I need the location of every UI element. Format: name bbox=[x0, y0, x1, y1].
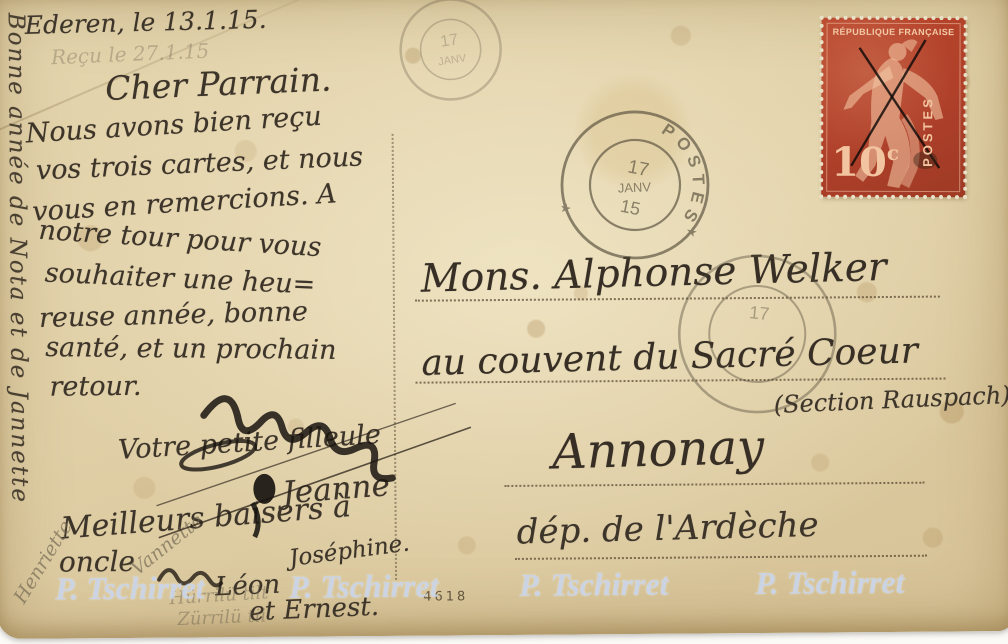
address-line-4: dép. de l'Ardèche bbox=[516, 508, 819, 550]
photographer-watermark: P. Tschirret bbox=[289, 568, 439, 606]
message-line: retour. bbox=[49, 373, 141, 401]
stamp-value: 10c bbox=[831, 143, 899, 183]
address-line-3: Annonay bbox=[551, 423, 764, 476]
edge-greeting: Bonne année de Nota et de Jannette bbox=[4, 13, 31, 504]
svg-text:17: 17 bbox=[439, 31, 459, 50]
address-rule-3 bbox=[504, 482, 924, 487]
svg-text:15: 15 bbox=[619, 196, 643, 220]
pencil-scribble: Zürrilü tii bbox=[177, 607, 267, 629]
svg-text:17: 17 bbox=[626, 156, 651, 181]
ink-scribble bbox=[155, 375, 486, 558]
photographer-watermark: P. Tschirret bbox=[755, 564, 905, 602]
message-line: notre tour pour vous bbox=[38, 217, 322, 261]
postcard-back: 4618 Ederen, le 13.1.15. Reçu le 27.1.15… bbox=[0, 0, 1008, 639]
postage-stamp: RÉPUBLIQUE FRANÇAISE 10c POSTES bbox=[821, 18, 965, 197]
postmark-top: 17 JANV bbox=[385, 0, 516, 115]
svg-text:JANV: JANV bbox=[437, 52, 467, 68]
address-rule-4 bbox=[515, 555, 927, 560]
postmark-star: ★ bbox=[559, 200, 573, 217]
message-line: vos trois cartes, et nous bbox=[35, 143, 363, 184]
message-line: Nous avons bien reçu bbox=[25, 103, 323, 148]
message-line: souhaiter une heu= bbox=[44, 260, 316, 299]
pencil-receipt-note: Reçu le 27.1.15 bbox=[51, 41, 210, 68]
svg-text:JANV: JANV bbox=[617, 179, 651, 195]
date-line: Ederen, le 13.1.15. bbox=[24, 7, 266, 38]
message-line: reuse année, bonne bbox=[39, 298, 309, 332]
postmark-star: ★ bbox=[684, 223, 698, 240]
postmark-lower: 17 bbox=[666, 245, 849, 424]
salutation: Cher Parrain. bbox=[105, 62, 332, 105]
svg-text:POSTES: POSTES bbox=[641, 118, 721, 232]
photographer-watermark: P. Tschirret bbox=[519, 566, 669, 604]
stamp-postes-label: POSTES bbox=[920, 96, 935, 167]
message-line: santé, et un prochain bbox=[45, 334, 336, 364]
svg-text:17: 17 bbox=[748, 302, 770, 324]
photographer-watermark: P. Tschirret bbox=[55, 569, 205, 607]
